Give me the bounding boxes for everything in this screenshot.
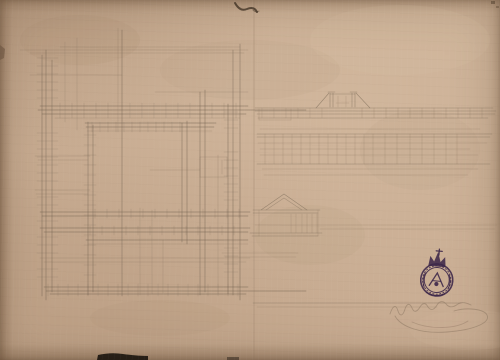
drawing-svg [0,0,500,360]
stamp-layer [419,248,455,298]
scanned-architectural-drawing [0,0,500,360]
stains-layer [20,5,500,350]
